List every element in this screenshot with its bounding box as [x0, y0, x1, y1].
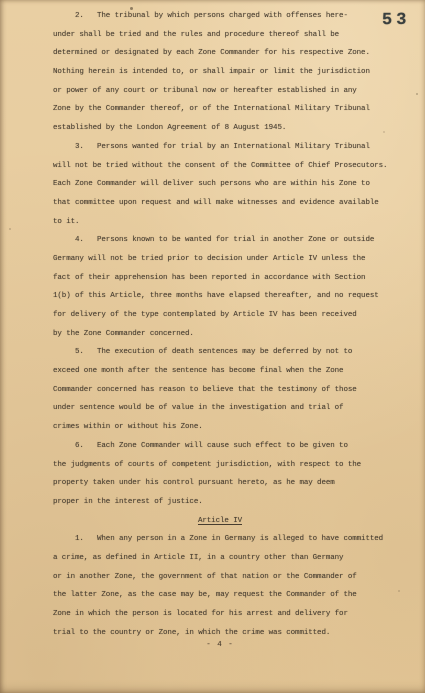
document-line: 1. When any person in a Zone in Germany … [53, 530, 387, 549]
document-line: under sentence would be of value in the … [53, 399, 387, 418]
document-line: 6. Each Zone Commander will cause such e… [53, 437, 387, 456]
document-line: Each Zone Commander will deliver such pe… [53, 175, 387, 194]
document-line: the latter Zone, as the case may be, may… [53, 586, 387, 605]
document-line: Commander concerned has reason to believ… [53, 381, 387, 400]
paper-speck [416, 93, 418, 95]
document-line: to it. [53, 213, 387, 232]
document-line: 5. The execution of death sentences may … [53, 343, 387, 362]
document-page: 53 2. The tribunal by which persons char… [0, 0, 425, 693]
paper-speck [398, 590, 400, 592]
paper-speck [383, 131, 385, 133]
document-line: under shall be tried and the rules and p… [53, 26, 387, 45]
document-line: or power of any court or tribunal now or… [53, 82, 387, 101]
document-line: Article IV [53, 512, 387, 531]
paper-speck [130, 7, 133, 10]
document-line: a crime, as defined in Article II, in a … [53, 549, 387, 568]
paper-speck [9, 228, 11, 230]
document-line: crimes within or without his Zone. [53, 418, 387, 437]
document-line: determined or designated by each Zone Co… [53, 44, 387, 63]
document-line: by the Zone Commander concerned. [53, 325, 387, 344]
page-footer: - 4 - [53, 636, 387, 654]
document-line: that committee upon request and will mak… [53, 194, 387, 213]
document-lines: 2. The tribunal by which persons charged… [53, 7, 387, 642]
document-line: Zone by the Commander thereof, or of the… [53, 100, 387, 119]
document-line: exceed one month after the sentence has … [53, 362, 387, 381]
document-line: proper in the interest of justice. [53, 493, 387, 512]
document-line: fact of their apprehension has been repo… [53, 269, 387, 288]
document-line: Germany will not be tried prior to decis… [53, 250, 387, 269]
document-line: 3. Persons wanted for trial by an Intern… [53, 138, 387, 157]
document-line: will not be tried without the consent of… [53, 157, 387, 176]
document-line: for delivery of the type contemplated by… [53, 306, 387, 325]
document-line: Nothing herein is intended to, or shall … [53, 63, 387, 82]
document-line: 2. The tribunal by which persons charged… [53, 7, 387, 26]
document-line: or in another Zone, the government of th… [53, 568, 387, 587]
document-line: established by the London Agreement of 8… [53, 119, 387, 138]
document-line: Zone in which the person is located for … [53, 605, 387, 624]
document-line: property taken under his control pursuan… [53, 474, 387, 493]
document-line: the judgments of courts of competent jur… [53, 456, 387, 475]
document-line: 4. Persons known to be wanted for trial … [53, 231, 387, 250]
document-line: 1(b) of this Article, three months have … [53, 287, 387, 306]
